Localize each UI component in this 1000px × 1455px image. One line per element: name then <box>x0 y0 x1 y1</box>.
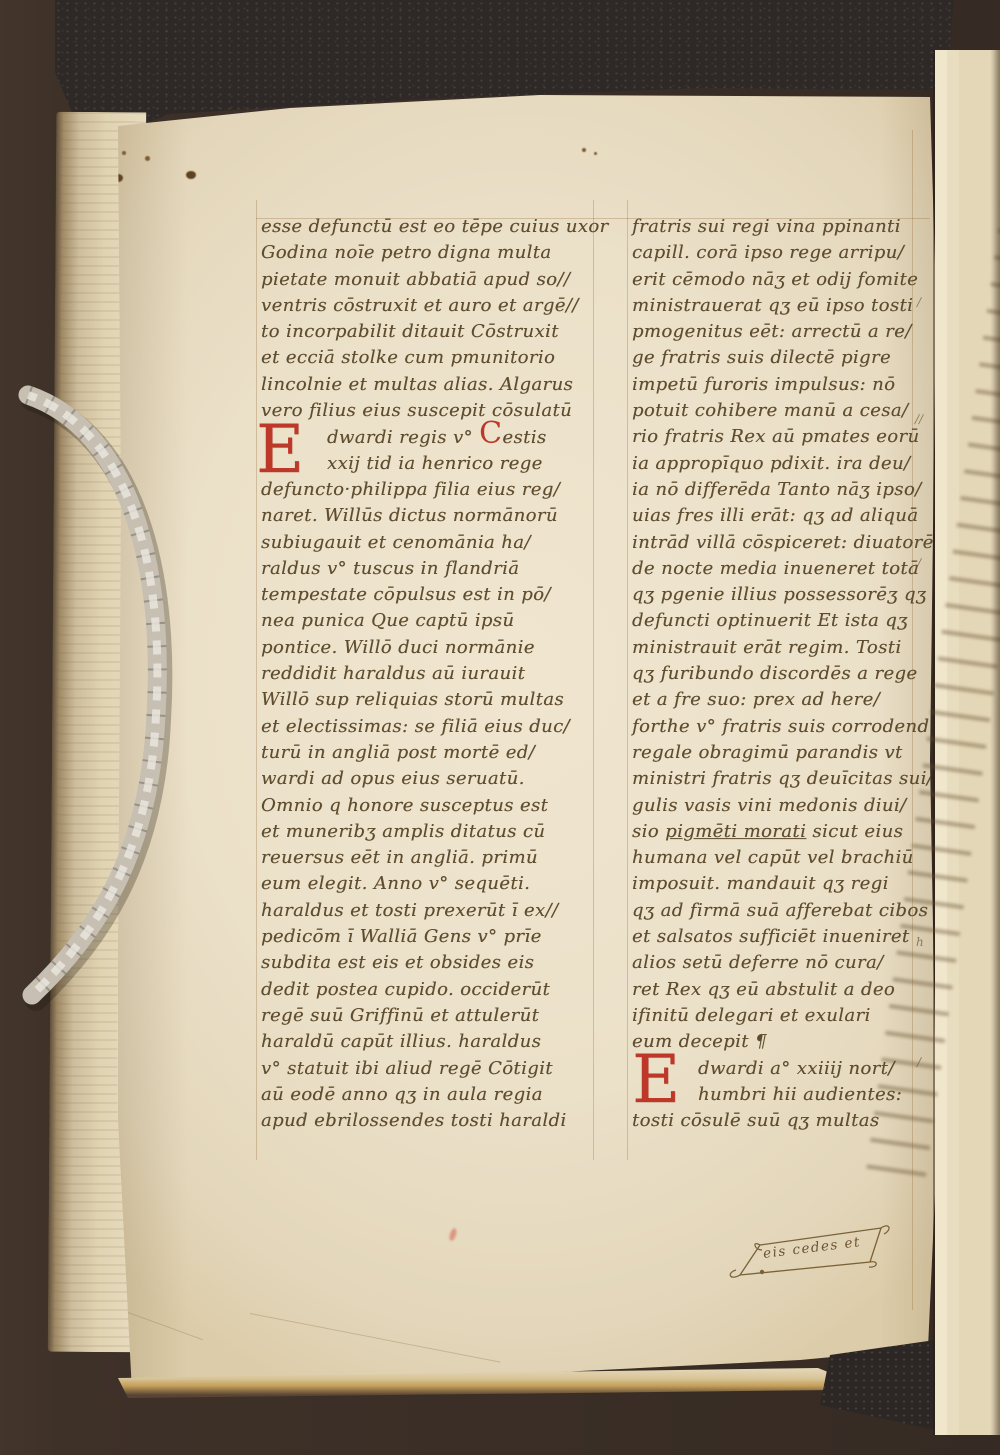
text-line: imposuit. mandauit qʒ regi <box>632 871 924 897</box>
text-line: to incorpabilit ditauit Cōstruxit <box>261 319 595 345</box>
text-line: et salsatos sufficiēt inueniret <box>632 924 924 950</box>
text-line: capill. corā ipso rege arripu∕ <box>632 240 924 266</box>
text-line: ministri fratris qʒ deuīcitas sui∕ <box>632 766 924 792</box>
text-line: pietate monuit abbatiā apud so∕∕ <box>261 267 595 293</box>
text-line: raldus v° tuscus in flandriā <box>261 556 595 582</box>
ruling-line-col2-left <box>627 200 628 1160</box>
text-line: nea punica Que captū ipsū <box>261 608 595 634</box>
text-line: qʒ furibundo discordēs a rege <box>632 661 924 687</box>
text-line: qʒ ad firmā suā afferebat cibos <box>632 898 924 924</box>
text-line: et muneribʒ amplis ditatus cū <box>261 819 595 845</box>
text-line: Willō sup reliquias storū multas <box>261 687 595 713</box>
text-line: reddidit haraldus aū iurauit <box>261 661 595 687</box>
text-line: potuit cohibere manū a cesa∕ <box>632 398 924 424</box>
text-line: eum elegit. Anno v° sequēti. <box>261 871 595 897</box>
text-line: pontice. Willō duci normānie <box>261 635 595 661</box>
text-line: wardi ad opus eius seruatū. <box>261 766 595 792</box>
text-line: intrād villā cōspiceret: diuatorē <box>632 530 924 556</box>
text-line: aū eodē anno qʒ in aula regia <box>261 1082 595 1108</box>
ink-speck <box>122 151 126 155</box>
text-line: ministrauit erāt regim. Tosti <box>632 635 924 661</box>
parchment-crease <box>250 1313 501 1363</box>
text-line: dedit postea cupido. occiderūt <box>261 977 595 1003</box>
ink-speck <box>594 152 597 155</box>
text-line: lincolnie et multas alias. Algarus <box>261 372 595 398</box>
text-line: forthe v° fratris suis corrodend <box>632 714 924 740</box>
text-line: v° statuit ibi aliud regē Cōtigit <box>261 1056 595 1082</box>
ruling-line-col1-left <box>256 200 257 1160</box>
text-line: et electissimas: se filiā eius duc∕ <box>261 714 595 740</box>
text-line: dwardi regis v° Cestis <box>261 424 595 450</box>
red-smudge <box>448 1227 458 1241</box>
text-line: rio fratris Rex aū pmates eorū <box>632 424 924 450</box>
text-line: naret. Willūs dictus normānorū <box>261 503 595 529</box>
text-line: uias fres illi erāt: qʒ ad aliquā <box>632 503 924 529</box>
text-line: gulis vasis vini medonis diui∕ <box>632 793 924 819</box>
margin-mark: ∕∕ <box>915 412 923 426</box>
text-line: Godina noīe petro digna multa <box>261 240 595 266</box>
text-line: Omnio q honore susceptus est <box>261 793 595 819</box>
ink-speck <box>582 148 586 152</box>
text-line: ret Rex qʒ eū abstulit a deo <box>632 977 924 1003</box>
manuscript-photo: { "page": { "description_colors": { "par… <box>0 0 1000 1455</box>
text-line: erit cēmodo nāʒ et odij fomite <box>632 267 924 293</box>
catchword-frame <box>700 1210 960 1300</box>
text-line: reuersus eēt in angliā. primū <box>261 845 595 871</box>
text-line: ifinitū delegari et exulari <box>632 1003 924 1029</box>
text-line: haraldū capūt illius. haraldus <box>261 1029 595 1055</box>
ink-speck <box>145 156 150 161</box>
text-line: apud ebrilossendes tosti haraldi <box>261 1108 595 1134</box>
text-line: humana vel capūt vel brachiū <box>632 845 924 871</box>
text-line: et ecciā stolke cum pmunitorio <box>261 345 595 371</box>
text-line: defuncto·philippa filia eius reg∕ <box>261 477 595 503</box>
text-line: fratris sui regi vina ppinanti <box>632 214 924 240</box>
text-line: regē suū Griffinū et attulerūt <box>261 1003 595 1029</box>
text-line: ventris cōstruxit et auro et argē∕∕ <box>261 293 595 319</box>
text-line: impetū furoris impulsus: nō <box>632 372 924 398</box>
text-line: tempestate cōpulsus est in pō∕ <box>261 582 595 608</box>
bookmark-cord <box>0 368 220 1048</box>
text-line: qʒ pgenie illius possessorēʒ qʒ <box>632 582 924 608</box>
text-line: sio pigmēti morati sicut eius <box>632 819 924 845</box>
text-column-2: fratris sui regi vina ppinanticapill. co… <box>632 214 924 1134</box>
text-line: pmogenitus eēt: arrectū a re∕ <box>632 319 924 345</box>
text-line: haraldus et tosti prexerūt ī ex∕∕ <box>261 898 595 924</box>
text-line: regale obragimū parandis vt <box>632 740 924 766</box>
text-line: subdita est eis et obsides eis <box>261 950 595 976</box>
text-line: alios setū deferre nō cura∕ <box>632 950 924 976</box>
text-line: ia nō differēda Tanto nāʒ ipso∕ <box>632 477 924 503</box>
margin-mark: ∕ <box>917 556 921 570</box>
ink-blot <box>186 171 196 179</box>
text-line: pedicōm ī Walliā Gens v° prīe <box>261 924 595 950</box>
text-line: de nocte media inueneret totā <box>632 556 924 582</box>
margin-mark: ∕ <box>917 295 921 309</box>
text-line: ia appropīquo pdixit. ira deu∕ <box>632 451 924 477</box>
binding-shadow <box>990 50 1000 1435</box>
text-line: et a fre suo: prex ad here∕ <box>632 687 924 713</box>
text-line: eum decepit ¶ <box>632 1029 924 1055</box>
text-line: vero filius eius suscepit cōsulatū <box>261 398 595 424</box>
text-line: turū in angliā post mortē ed∕ <box>261 740 595 766</box>
text-line: ministrauerat qʒ eū ipso tosti <box>632 293 924 319</box>
text-column-1: esse defunctū est eo tēpe cuius uxorGodi… <box>261 214 595 1134</box>
text-line: subiugauit et cenomānia ha∕ <box>261 530 595 556</box>
text-line: xxij tid ia henrico rege <box>261 451 595 477</box>
text-line: esse defunctū est eo tēpe cuius uxor <box>261 214 595 240</box>
text-line: defuncti optinuerit Et ista qʒ <box>632 608 924 634</box>
text-line: ge fratris suis dilectē pigre <box>632 345 924 371</box>
